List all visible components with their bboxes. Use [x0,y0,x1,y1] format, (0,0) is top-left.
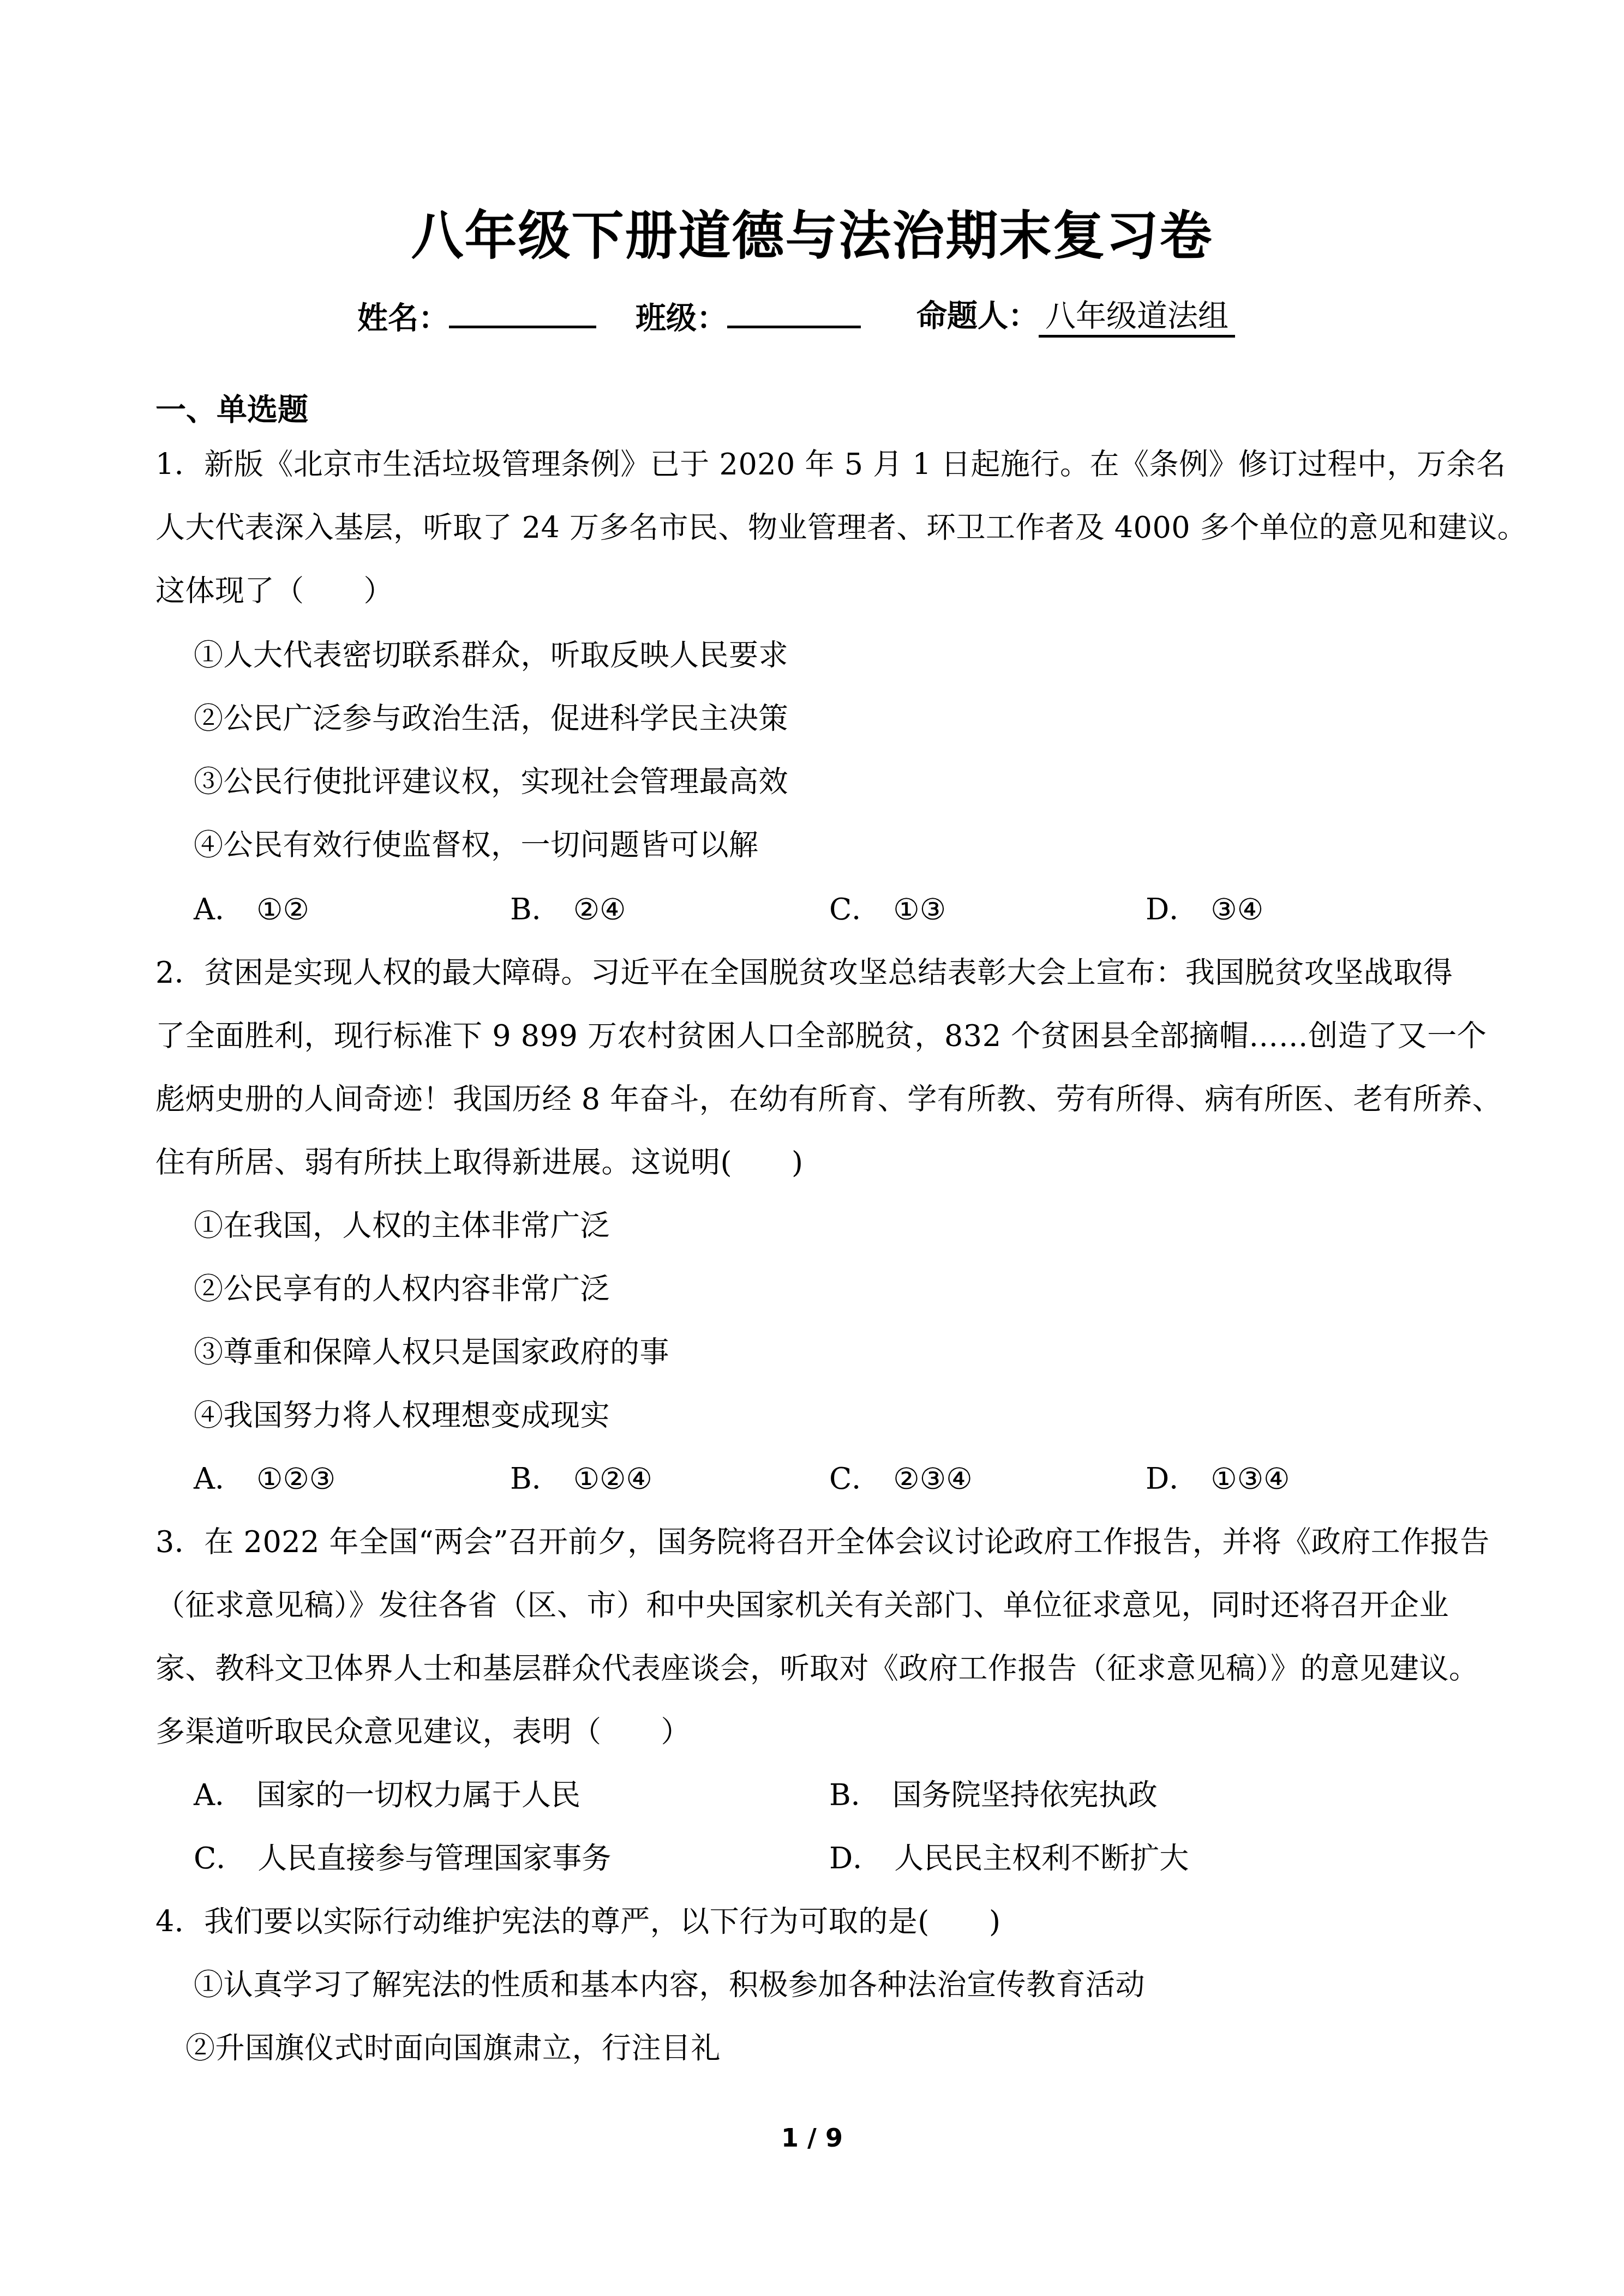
question-text: 我们要以实际行动维护宪法的尊严，以下行为可取的是( ) [204,1904,1000,1939]
statement-item: ②升国旗仪式时面向国旗肃立，行注目礼 [185,2027,721,2070]
section-title: 一、单选题 [155,388,308,432]
question-line: 人大代表深入基层，听取了 24 万多名市民、物业管理者、环卫工作者及 4000 … [155,506,1527,550]
statement-item: ③公民行使批评建议权，实现社会管理最高效 [194,760,788,804]
choice-text: 国务院坚持依宪执政 [892,1778,1158,1812]
statement-item: ④我国努力将人权理想变成现实 [194,1394,610,1438]
choice-label: B． [829,1774,880,1817]
question-line: 这体现了（ ） [155,569,393,613]
name-label: 姓名： [357,300,449,336]
question-line: （征求意见稿）》发往各省（区、市）和中央国家机关有关部门、单位征求意见，同时还将… [155,1584,1449,1627]
choice-label: A． [194,1457,244,1501]
choice-d[interactable]: D．①③④ [1146,1457,1290,1501]
choice-text: ①③④ [1210,1462,1290,1496]
question-number: 4． [155,1904,204,1939]
choice-b[interactable]: B．国务院坚持依宪执政 [829,1774,1158,1817]
question-number: 2． [155,955,204,990]
choice-label: A． [194,888,244,931]
choice-label: D． [1146,1457,1198,1501]
choice-text: ③④ [1210,892,1263,927]
student-info-line: 姓名： 班级： 命题人：八年级道法组 [0,294,1624,338]
question-line: 3．在 2022 年全国“两会”召开前夕，国务院将召开全体会议讨论政府工作报告，… [155,1520,1490,1564]
question-line: 家、教科文卫体界人士和基层群众代表座谈会，听取对《政府工作报告（征求意见稿）》的… [155,1647,1479,1691]
choice-label: B． [510,1457,561,1501]
author-value: 八年级道法组 [1039,298,1235,338]
choice-label: D． [1146,888,1198,931]
question-line: 4．我们要以实际行动维护宪法的尊严，以下行为可取的是( ) [155,1900,1001,1944]
choice-d[interactable]: D．③④ [1146,888,1263,931]
question-number: 1． [155,447,204,482]
question-line: 多渠道听取民众意见建议，表明（ ） [155,1710,691,1754]
choice-a[interactable]: A．①② [194,888,309,931]
question-line: 2．贫困是实现人权的最大障碍。习近平在全国脱贫攻坚总结表彰大会上宣布：我国脱贫攻… [155,951,1453,995]
choice-text: ①②④ [573,1462,652,1496]
choice-text: ②④ [573,892,626,927]
choice-a[interactable]: A．①②③ [194,1457,335,1501]
statement-item: ③尊重和保障人权只是国家政府的事 [194,1331,669,1374]
choice-label: C． [829,888,881,931]
author-field: 命题人：八年级道法组 [916,294,1235,338]
class-blank[interactable] [727,294,861,328]
statement-item: ①认真学习了解宪法的性质和基本内容，积极参加各种法治宣传教育活动 [194,1963,1145,2007]
question-text: 贫困是实现人权的最大障碍。习近平在全国脱贫攻坚总结表彰大会上宣布：我国脱贫攻坚战… [204,955,1453,990]
question-line: 1．新版《北京市生活垃圾管理条例》已于 2020 年 5 月 1 日起施行。在《… [155,443,1506,486]
question-line: 彪炳史册的人间奇迹！我国历经 8 年奋斗，在幼有所育、学有所教、劳有所得、病有所… [155,1078,1502,1121]
question-text: 在 2022 年全国“两会”召开前夕，国务院将召开全体会议讨论政府工作报告，并将… [204,1525,1489,1559]
name-field[interactable]: 姓名： [357,294,596,340]
name-blank[interactable] [449,294,596,328]
choice-c[interactable]: C．②③④ [829,1457,973,1501]
choice-c[interactable]: C．①③ [829,888,946,931]
statement-item: ②公民广泛参与政治生活，促进科学民主决策 [194,697,788,741]
choice-text: ①③ [893,892,946,927]
statement-item: ②公民享有的人权内容非常广泛 [194,1267,610,1311]
statement-item: ④公民有效行使监督权，一切问题皆可以解 [194,824,759,867]
question-line: 住有所居、弱有所扶上取得新进展。这说明( ) [155,1141,804,1185]
choice-c[interactable]: C．人民直接参与管理国家事务 [194,1837,611,1880]
choice-text: 人民民主权利不断扩大 [894,1841,1189,1876]
choice-text: ①② [256,892,309,927]
choice-a[interactable]: A．国家的一切权力属于人民 [194,1774,580,1817]
choice-text: ①②③ [256,1462,335,1496]
page-number: 1 / 9 [0,2119,1624,2157]
question-text: 新版《北京市生活垃圾管理条例》已于 2020 年 5 月 1 日起施行。在《条例… [204,447,1506,482]
choice-label: D． [829,1837,882,1880]
choice-b[interactable]: B．②④ [510,888,626,931]
choice-text: 人民直接参与管理国家事务 [257,1841,611,1876]
page-title: 八年级下册道德与法治期末复习卷 [0,203,1624,268]
choice-label: B． [510,888,561,931]
author-label: 命题人： [916,298,1039,334]
choice-b[interactable]: B．①②④ [510,1457,652,1501]
class-field[interactable]: 班级： [636,294,861,340]
choice-text: ②③④ [893,1462,972,1496]
statement-item: ①在我国，人权的主体非常广泛 [194,1204,610,1248]
choice-label: C． [829,1457,881,1501]
choice-text: 国家的一切权力属于人民 [256,1778,580,1812]
statement-item: ①人大代表密切联系群众，听取反映人民要求 [194,634,788,677]
choice-label: A． [194,1774,244,1817]
question-line: 了全面胜利，现行标准下 9 899 万农村贫困人口全部脱贫，832 个贫困县全部… [155,1014,1487,1058]
choice-label: C． [194,1837,245,1880]
class-label: 班级： [636,300,727,336]
question-number: 3． [155,1525,204,1559]
choice-d[interactable]: D．人民民主权利不断扩大 [829,1837,1189,1880]
exam-page: 八年级下册道德与法治期末复习卷 姓名： 班级： 命题人：八年级道法组 一、单选题… [0,0,1624,2296]
